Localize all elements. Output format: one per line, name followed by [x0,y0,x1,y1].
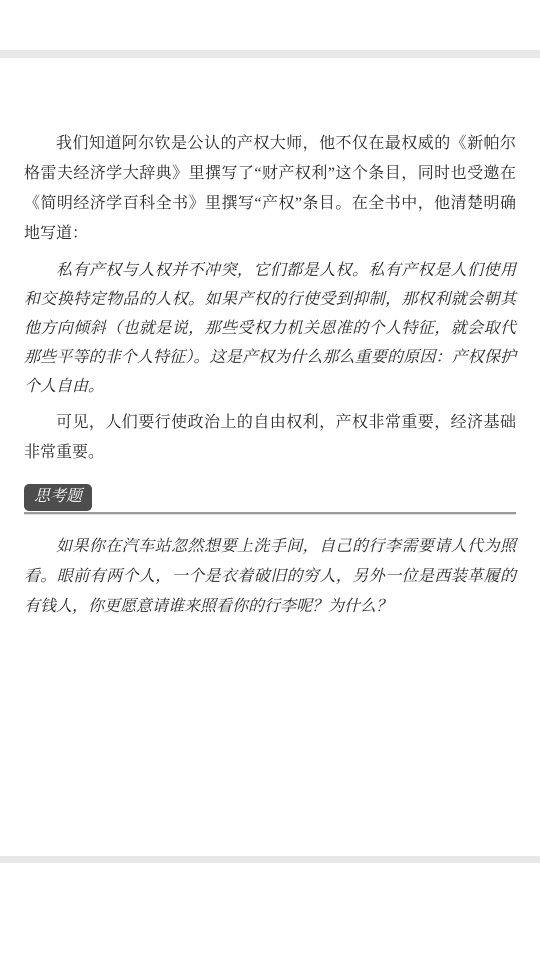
blockquote-property-rights: 私有产权与人权并不冲突，它们都是人权。私有产权是人们使用和交换特定物品的人权。如… [24,256,516,401]
paragraph-conclusion: 可见，人们要行使政治上的自由权利，产权非常重要，经济基础非常重要。 [24,408,516,468]
paragraph-intro: 我们知道阿尔钦是公认的产权大师，他不仅在最权威的《新帕尔格雷夫经济学大辞典》里撰… [24,129,516,249]
section-divider-rule [24,512,516,515]
page-bottom-divider [0,856,540,863]
ebook-reader-page[interactable]: 我们知道阿尔钦是公认的产权大师，他不仅在最权威的《新帕尔格雷夫经济学大辞典》里撰… [0,0,540,960]
page-content: 我们知道阿尔钦是公认的产权大师，他不仅在最权威的《新帕尔格雷夫经济学大辞典》里撰… [24,129,516,622]
thinking-question-text: 如果你在汽车站忽然想要上洗手间，自己的行李需要请人代为照看。眼前有两个人，一个是… [24,532,516,622]
section-badge-thinking-question: 思考题 [24,484,92,511]
page-top-divider [0,50,540,58]
